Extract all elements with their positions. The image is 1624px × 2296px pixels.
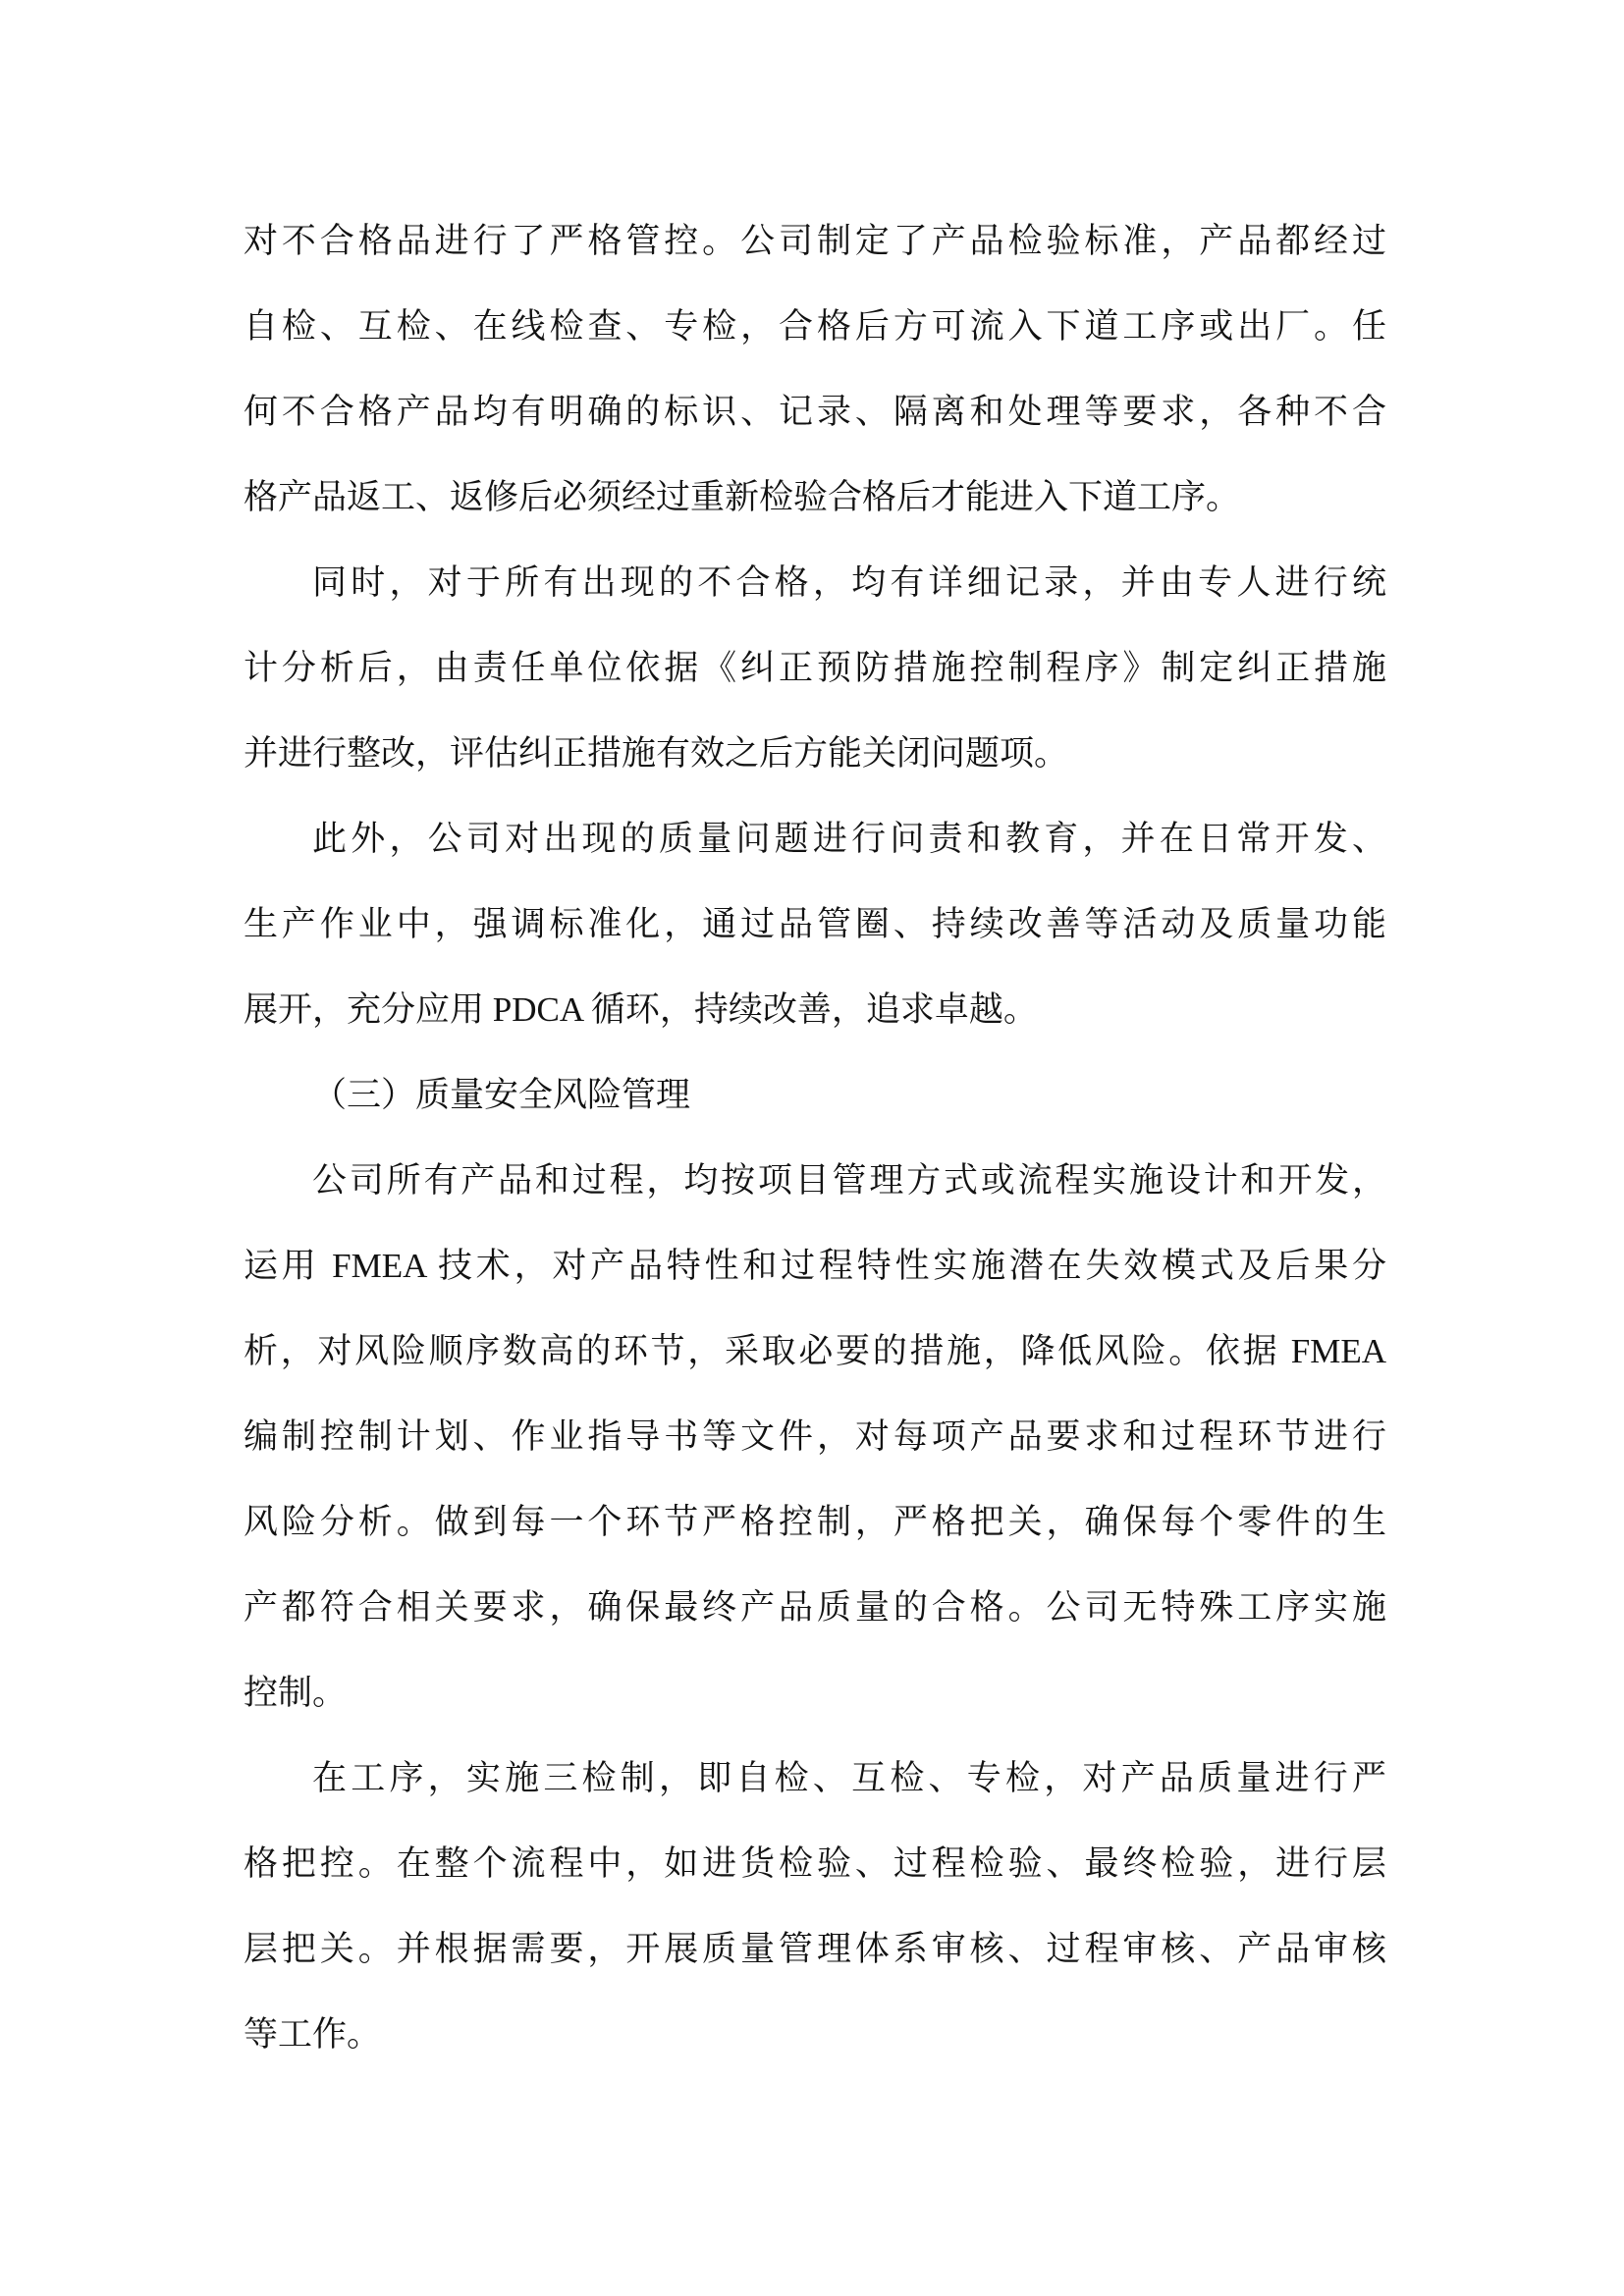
text-line: 层把关。并根据需要，开展质量管理体系审核、过程审核、产品审核 [244,1906,1386,1992]
text-line: 编制控制计划、作业指导书等文件，对每项产品要求和过程环节进行 [244,1394,1386,1479]
text-line: 展开，充分应用 PDCA 循环，持续改善，追求卓越。 [244,967,1386,1052]
text-line: 自检、互检、在线检查、专检，合格后方可流入下道工序或出厂。任 [244,284,1386,369]
document-page: 对不合格品进行了严格管控。公司制定了产品检验标准，产品都经过 自检、互检、在线检… [0,0,1624,2296]
paragraph: 公司所有产品和过程，均按项目管理方式或流程实施设计和开发， 运用 FMEA 技术… [244,1138,1386,1735]
text-line: 并进行整改，评估纠正措施有效之后方能关闭问题项。 [244,711,1386,796]
text-line: 同时，对于所有出现的不合格，均有详细记录，并由专人进行统 [244,540,1386,625]
document-body: 对不合格品进行了严格管控。公司制定了产品检验标准，产品都经过 自检、互检、在线检… [244,198,1386,2077]
paragraph: 此外，公司对出现的质量问题进行问责和教育，并在日常开发、 生产作业中，强调标准化… [244,796,1386,1052]
paragraph: 同时，对于所有出现的不合格，均有详细记录，并由专人进行统 计分析后，由责任单位依… [244,540,1386,796]
text-line: 此外，公司对出现的质量问题进行问责和教育，并在日常开发、 [244,796,1386,881]
text-line: 生产作业中，强调标准化，通过品管圈、持续改善等活动及质量功能 [244,881,1386,967]
text-line: 析，对风险顺序数高的环节，采取必要的措施，降低风险。依据 FMEA [244,1308,1386,1394]
paragraph: 在工序，实施三检制，即自检、互检、专检，对产品质量进行严 格把控。在整个流程中，… [244,1735,1386,2077]
text-line: 公司所有产品和过程，均按项目管理方式或流程实施设计和开发， [244,1138,1386,1223]
section-heading: （三）质量安全风险管理 [244,1052,1386,1138]
text-line: 运用 FMEA 技术，对产品特性和过程特性实施潜在失效模式及后果分 [244,1223,1386,1308]
text-line: 对不合格品进行了严格管控。公司制定了产品检验标准，产品都经过 [244,198,1386,284]
text-line: 风险分析。做到每一个环节严格控制，严格把关，确保每个零件的生 [244,1479,1386,1565]
text-line: 格把控。在整个流程中，如进货检验、过程检验、最终检验，进行层 [244,1821,1386,1906]
paragraph: 对不合格品进行了严格管控。公司制定了产品检验标准，产品都经过 自检、互检、在线检… [244,198,1386,540]
text-line: 格产品返工、返修后必须经过重新检验合格后才能进入下道工序。 [244,454,1386,540]
text-line: 何不合格产品均有明确的标识、记录、隔离和处理等要求，各种不合 [244,369,1386,454]
text-line: 等工作。 [244,1992,1386,2077]
section-heading-block: （三）质量安全风险管理 [244,1052,1386,1138]
text-line: 控制。 [244,1650,1386,1735]
text-line: 产都符合相关要求，确保最终产品质量的合格。公司无特殊工序实施 [244,1565,1386,1650]
text-line: 计分析后，由责任单位依据《纠正预防措施控制程序》制定纠正措施 [244,625,1386,711]
text-line: 在工序，实施三检制，即自检、互检、专检，对产品质量进行严 [244,1735,1386,1821]
